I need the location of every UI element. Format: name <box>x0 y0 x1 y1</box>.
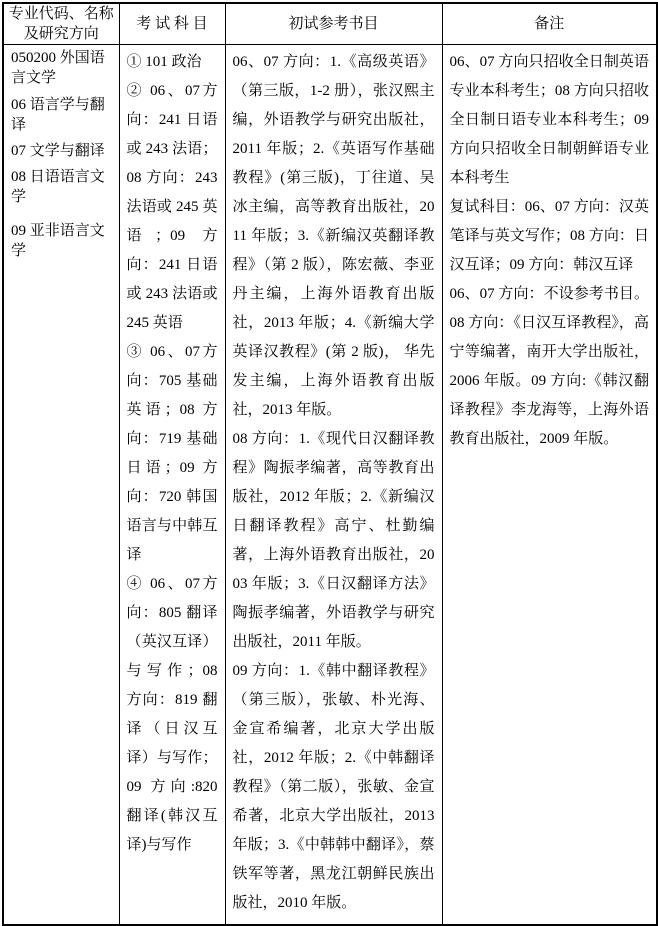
table-row: 050200 外国语言文学 06 语言学与翻译 07 文学与翻译 08 日语语言… <box>3 45 657 926</box>
research-direction-07: 07 文学与翻译 <box>11 141 112 161</box>
research-direction-08: 08 日语语言文学 <box>11 167 112 207</box>
header-exam-subjects: 考 试 科 目 <box>119 3 225 45</box>
cell-exam-subjects: ① 101 政治 ② 06、07方向：241 日语或 243 法语；08 方向：… <box>119 45 225 926</box>
admissions-table: 专业代码、名称及研究方向 考 试 科 目 初试参考书目 备注 050200 外国… <box>2 2 658 926</box>
header-row: 专业代码、名称及研究方向 考 试 科 目 初试参考书目 备注 <box>3 3 657 45</box>
cell-reference-books: 06、07 方向：1.《高级英语》（第三版，1-2 册），张汉熙主编，外语教学与… <box>225 45 442 926</box>
program-code-name: 050200 外国语言文学 <box>11 48 112 88</box>
cell-remarks: 06、07 方向只招收全日制英语专业本科考生；08 方向只招收全日制日语专业本科… <box>442 45 657 926</box>
exam-subject-2: ② 06、07方向：241 日语或 243 法语；08 方向：243 法语或 2… <box>127 77 218 338</box>
header-program-column: 专业代码、名称及研究方向 <box>3 3 119 45</box>
reference-books-dir-09: 09 方向：1.《韩中翻译教程》（第三版），张敏、朴光海、金宣希编著，北京大学出… <box>233 657 435 918</box>
exam-subject-1: ① 101 政治 <box>127 48 218 77</box>
header-reference-books: 初试参考书目 <box>225 3 442 45</box>
remarks-retest-subjects: 复试科目：06、07 方向：汉英笔译与英文写作；08 方向：日汉互译；09 方向… <box>450 193 650 280</box>
research-direction-09: 09 亚非语言文学 <box>11 221 112 261</box>
reference-books-dir-08: 08 方向：1.《现代日汉翻译教程》陶振孝编著，高等教育出版社，2012 年版；… <box>233 425 435 657</box>
remarks-retest-books: 06、07 方向：不设参考书目。08 方向：《日汉互译教程》，高宁等编著，南开大… <box>450 280 650 454</box>
cell-program: 050200 外国语言文学 06 语言学与翻译 07 文学与翻译 08 日语语言… <box>3 45 119 926</box>
exam-subject-3: ③ 06、07方向：705 基础英语；08 方向：719 基础日语；09 方向：… <box>127 338 218 570</box>
exam-subject-4: ④ 06、07方向：805 翻译（英汉互译）与写作；08 方向：819 翻译（日… <box>127 570 218 860</box>
reference-books-dir-06-07: 06、07 方向：1.《高级英语》（第三版，1-2 册），张汉熙主编，外语教学与… <box>233 48 435 425</box>
remarks-enrollment: 06、07 方向只招收全日制英语专业本科考生；08 方向只招收全日制日语专业本科… <box>450 48 650 193</box>
research-direction-06: 06 语言学与翻译 <box>11 95 112 135</box>
header-remarks: 备注 <box>442 3 657 45</box>
